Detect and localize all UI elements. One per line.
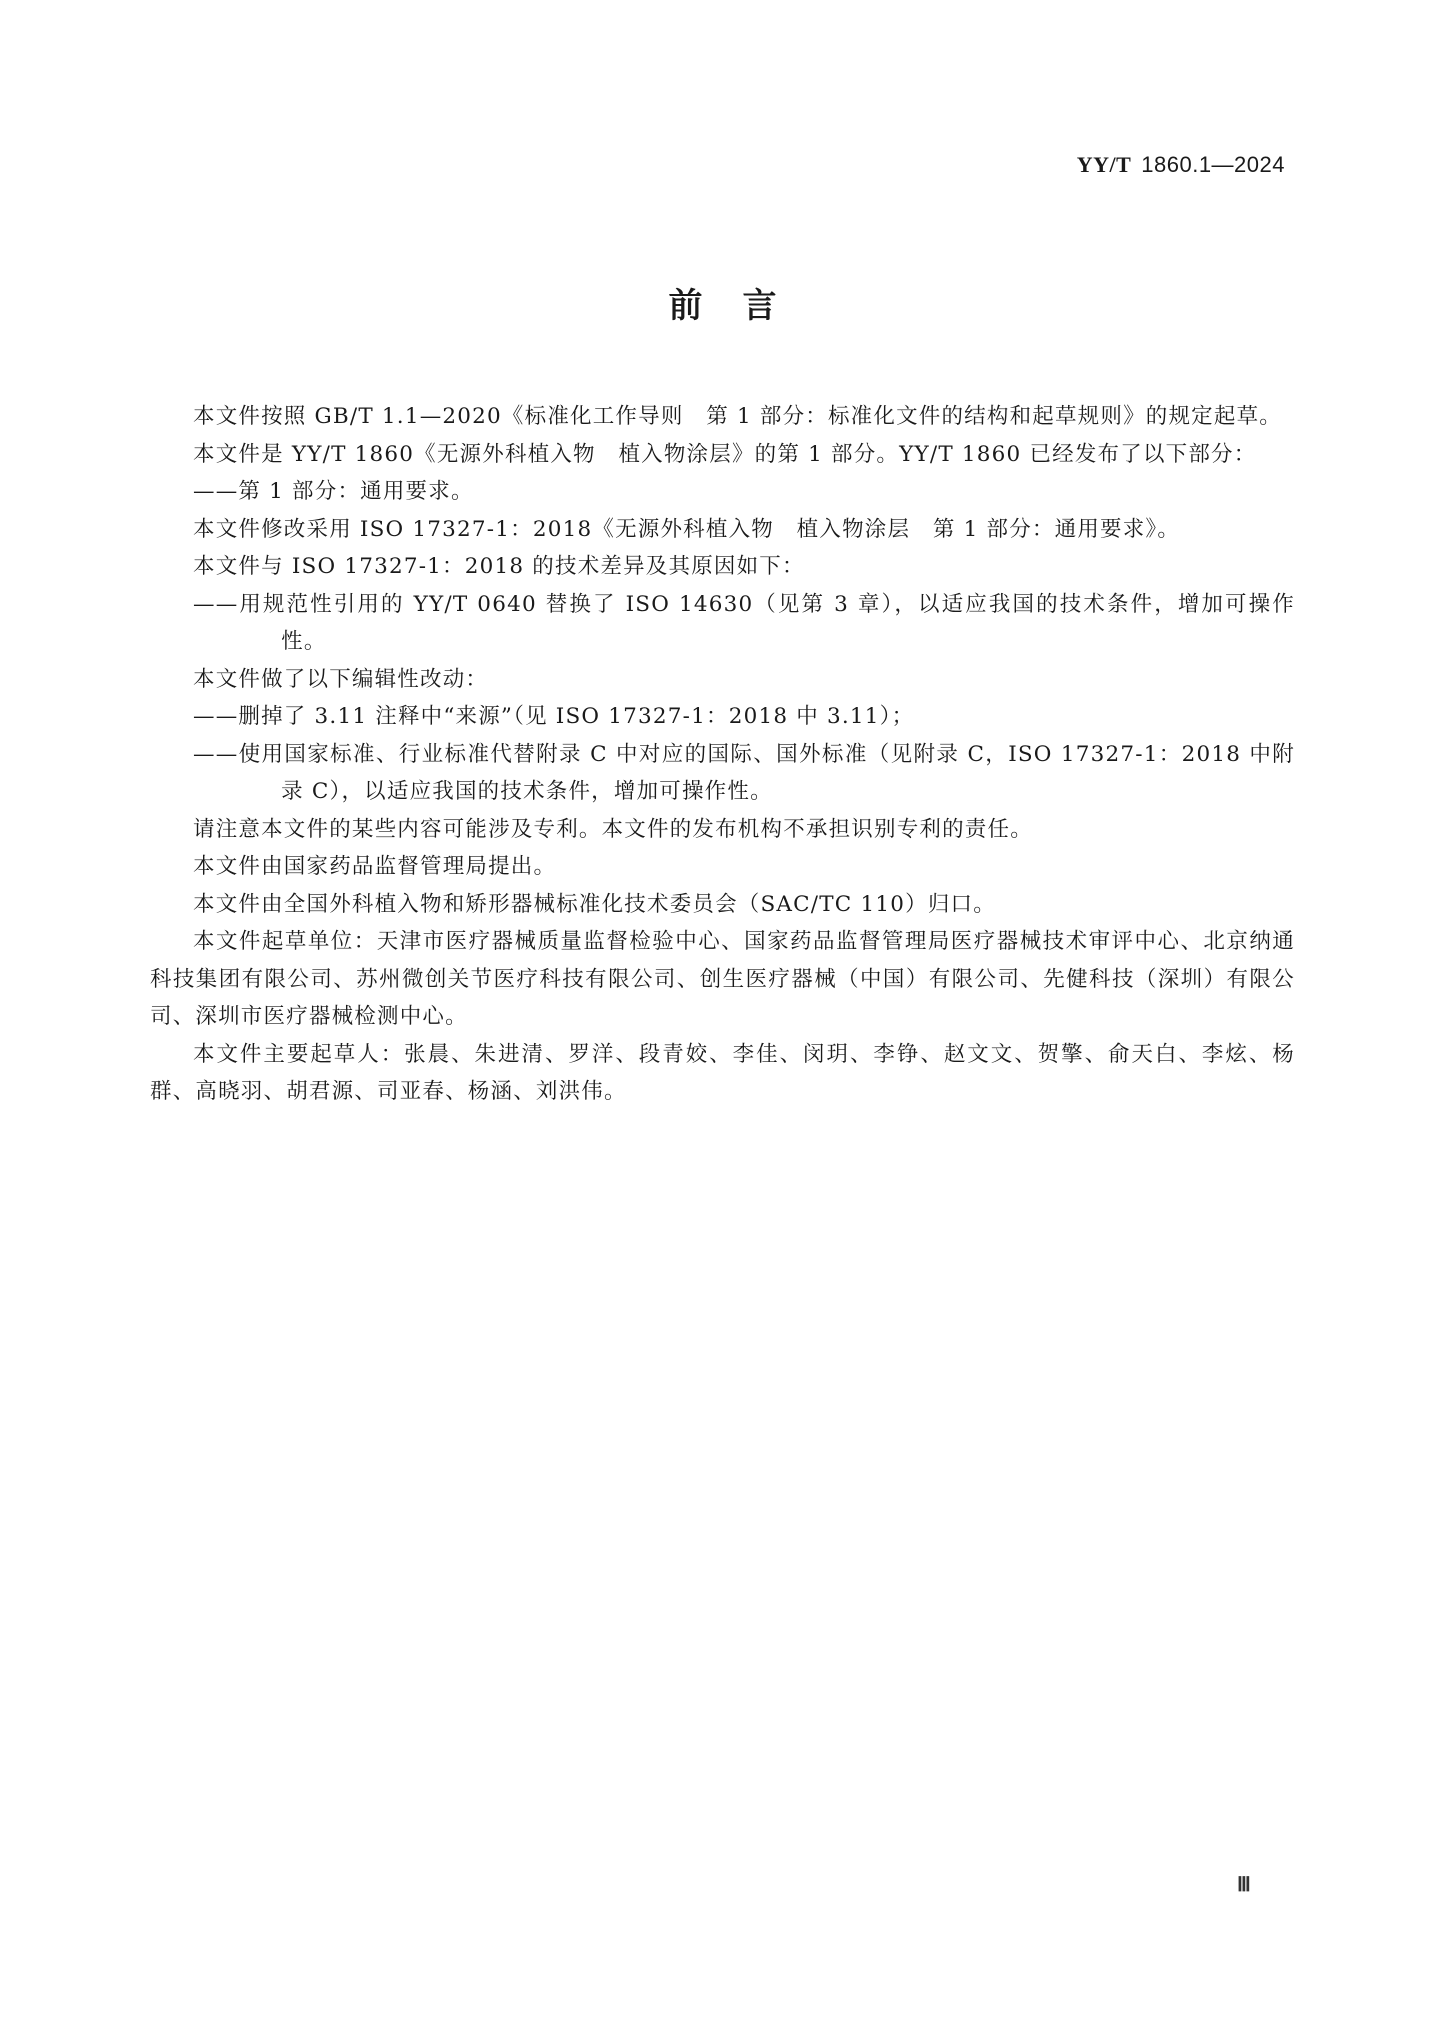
paragraph-adoption: 本文件修改采用 ISO 17327-1：2018《无源外科植入物 植入物涂层 第… [150,511,1295,549]
paragraph-drafting-rules: 本文件按照 GB/T 1.1—2020《标准化工作导则 第 1 部分：标准化文件… [150,398,1295,436]
page-number: Ⅲ [1237,1872,1251,1897]
paragraph-patent-notice: 请注意本文件的某些内容可能涉及专利。本文件的发布机构不承担识别专利的责任。 [150,811,1295,849]
list-item-technical-difference: ——用规范性引用的 YY/T 0640 替换了 ISO 14630（见第 3 章… [150,586,1295,661]
list-item-editorial-change-2: ——使用国家标准、行业标准代替附录 C 中对应的国际、国外标准（见附录 C，IS… [150,736,1295,811]
standard-number: 1860.1—2024 [1141,152,1285,177]
page-title: 前言 [0,278,1445,327]
standard-prefix: YY/T [1077,152,1132,177]
list-item-published-part: ——第 1 部分：通用要求。 [150,473,1295,511]
paragraph-part-of-series: 本文件是 YY/T 1860《无源外科植入物 植入物涂层》的第 1 部分。YY/… [150,436,1295,474]
standard-code-header: YY/T1860.1—2024 [1077,152,1285,178]
paragraph-editorial-changes: 本文件做了以下编辑性改动： [150,661,1295,699]
paragraph-drafting-units: 本文件起草单位：天津市医疗器械质量监督检验中心、国家药品监督管理局医疗器械技术审… [150,923,1295,1036]
paragraph-technical-differences: 本文件与 ISO 17327-1：2018 的技术差异及其原因如下： [150,548,1295,586]
paragraph-proposer: 本文件由国家药品监督管理局提出。 [150,848,1295,886]
paragraph-drafters: 本文件主要起草人：张晨、朱进清、罗洋、段青姣、李佳、闵玥、李铮、赵文文、贺擎、俞… [150,1036,1295,1111]
paragraph-technical-committee: 本文件由全国外科植入物和矫形器械标准化技术委员会（SAC/TC 110）归口。 [150,886,1295,924]
list-item-editorial-change-1: ——删掉了 3.11 注释中“来源”（见 ISO 17327-1：2018 中 … [150,698,1295,736]
foreword-body: 本文件按照 GB/T 1.1—2020《标准化工作导则 第 1 部分：标准化文件… [150,398,1295,1111]
